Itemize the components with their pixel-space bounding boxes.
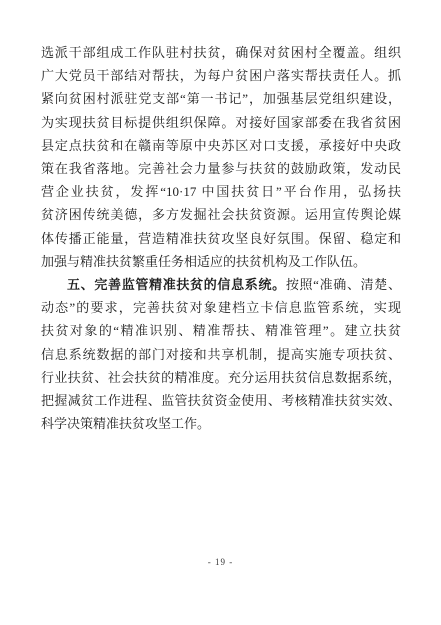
text-segment: 按照“准确、清楚、 xyxy=(286,277,401,292)
text-line: 动态”的要求，完善扶贫对象建档立卡信息监管系统，实现 xyxy=(41,296,401,319)
text-line: 县定点扶贫和在赣南等原中央苏区对口支援，承接好中央政 xyxy=(41,134,401,157)
document-page: 选派干部组成工作队驻村扶贫，确保对贫困村全覆盖。组织广大党员干部结对帮扶，为每户… xyxy=(0,0,441,625)
text-line: 科学决策精准扶贫攻坚工作。 xyxy=(41,412,401,435)
text-line: 五、完善监管精准扶贫的信息系统。按照“准确、清楚、 xyxy=(41,273,401,296)
text-line: 把握减贫工作进程、监管扶贫资金使用、考核精准扶贫实效、 xyxy=(41,389,401,412)
body-text: 选派干部组成工作队驻村扶贫，确保对贫困村全覆盖。组织广大党员干部结对帮扶，为每户… xyxy=(41,41,401,435)
page-number: - 19 - xyxy=(0,557,441,567)
text-line: 策在我省落地。完善社会力量参与扶贫的鼓励政策，发动民 xyxy=(41,157,401,180)
text-line: 选派干部组成工作队驻村扶贫，确保对贫困村全覆盖。组织 xyxy=(41,41,401,64)
text-line: 贫济困传统美德，多方发掘社会扶贫资源。运用宣传舆论媒 xyxy=(41,203,401,226)
text-line: 体传播正能量，营造精准扶贫攻坚良好氛围。保留、稳定和 xyxy=(41,227,401,250)
text-line: 为实现扶贫目标提供组织保障。对接好国家部委在我省贫困 xyxy=(41,111,401,134)
text-line: 行业扶贫、社会扶贫的精准度。充分运用扶贫信息数据系统， xyxy=(41,366,401,389)
text-line: 扶贫对象的“精准识别、精准帮扶、精准管理”。建立扶贫 xyxy=(41,319,401,342)
text-line: 信息系统数据的部门对接和共享机制，提高实施专项扶贫、 xyxy=(41,343,401,366)
text-line: 营企业扶贫，发挥“10·17 中国扶贫日”平台作用，弘扬扶 xyxy=(41,180,401,203)
text-line: 紧向贫困村派驻党支部“第一书记”，加强基层党组织建设， xyxy=(41,87,401,110)
text-line: 广大党员干部结对帮扶，为每户贫困户落实帮扶责任人。抓 xyxy=(41,64,401,87)
section-heading: 五、完善监管精准扶贫的信息系统。 xyxy=(67,277,286,292)
text-line: 加强与精准扶贫繁重任务相适应的扶贫机构及工作队伍。 xyxy=(41,250,401,273)
